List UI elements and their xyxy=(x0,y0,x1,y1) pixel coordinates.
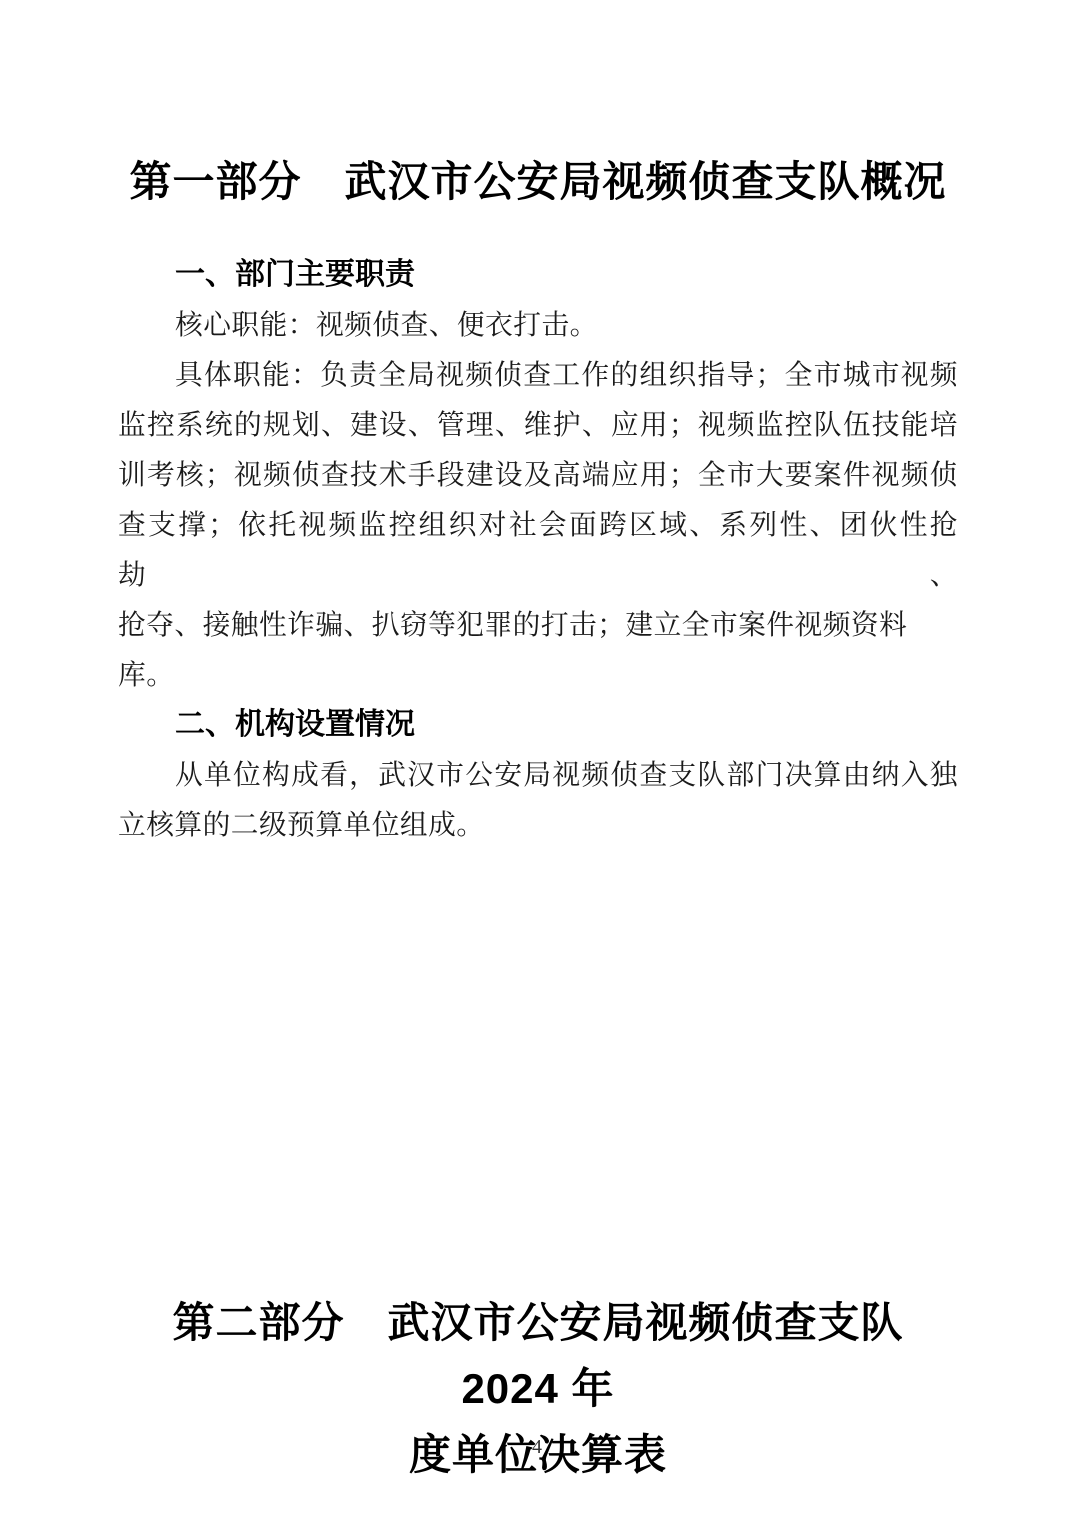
paragraph-line: 监控系统的规划、建设、管理、维护、应用；视频监控队伍技能培 xyxy=(118,400,958,450)
paragraph-line: 立核算的二级预算单位组成。 xyxy=(118,800,958,850)
page-number: 4 xyxy=(0,1436,1074,1459)
section2-heading: 二、机构设置情况 xyxy=(118,700,958,750)
paragraph-line: 具体职能：负责全局视频侦查工作的组织指导；全市城市视频 xyxy=(118,350,958,400)
paragraph-line: 训考核；视频侦查技术手段建设及高端应用；全市大要案件视频侦 xyxy=(118,450,958,500)
document-page: 第一部分 武汉市公安局视频侦查支队概况 一、部门主要职责 核心职能：视频侦查、便… xyxy=(0,0,1074,1520)
part2-title-line1: 第二部分 武汉市公安局视频侦查支队 2024 年 xyxy=(118,1290,958,1422)
page-content: 第一部分 武汉市公安局视频侦查支队概况 一、部门主要职责 核心职能：视频侦查、便… xyxy=(0,0,1074,1488)
paragraph-line: 查支撑；依托视频监控组织对社会面跨区域、系列性、团伙性抢劫、 xyxy=(118,500,958,600)
section1-heading: 一、部门主要职责 xyxy=(118,250,958,300)
paragraph-line: 核心职能：视频侦查、便衣打击。 xyxy=(118,300,958,350)
paragraph-line: 抢夺、接触性诈骗、扒窃等犯罪的打击；建立全市案件视频资料库。 xyxy=(118,600,958,700)
paragraph-line: 从单位构成看，武汉市公安局视频侦查支队部门决算由纳入独 xyxy=(118,750,958,800)
part1-title: 第一部分 武汉市公安局视频侦查支队概况 xyxy=(118,0,958,214)
